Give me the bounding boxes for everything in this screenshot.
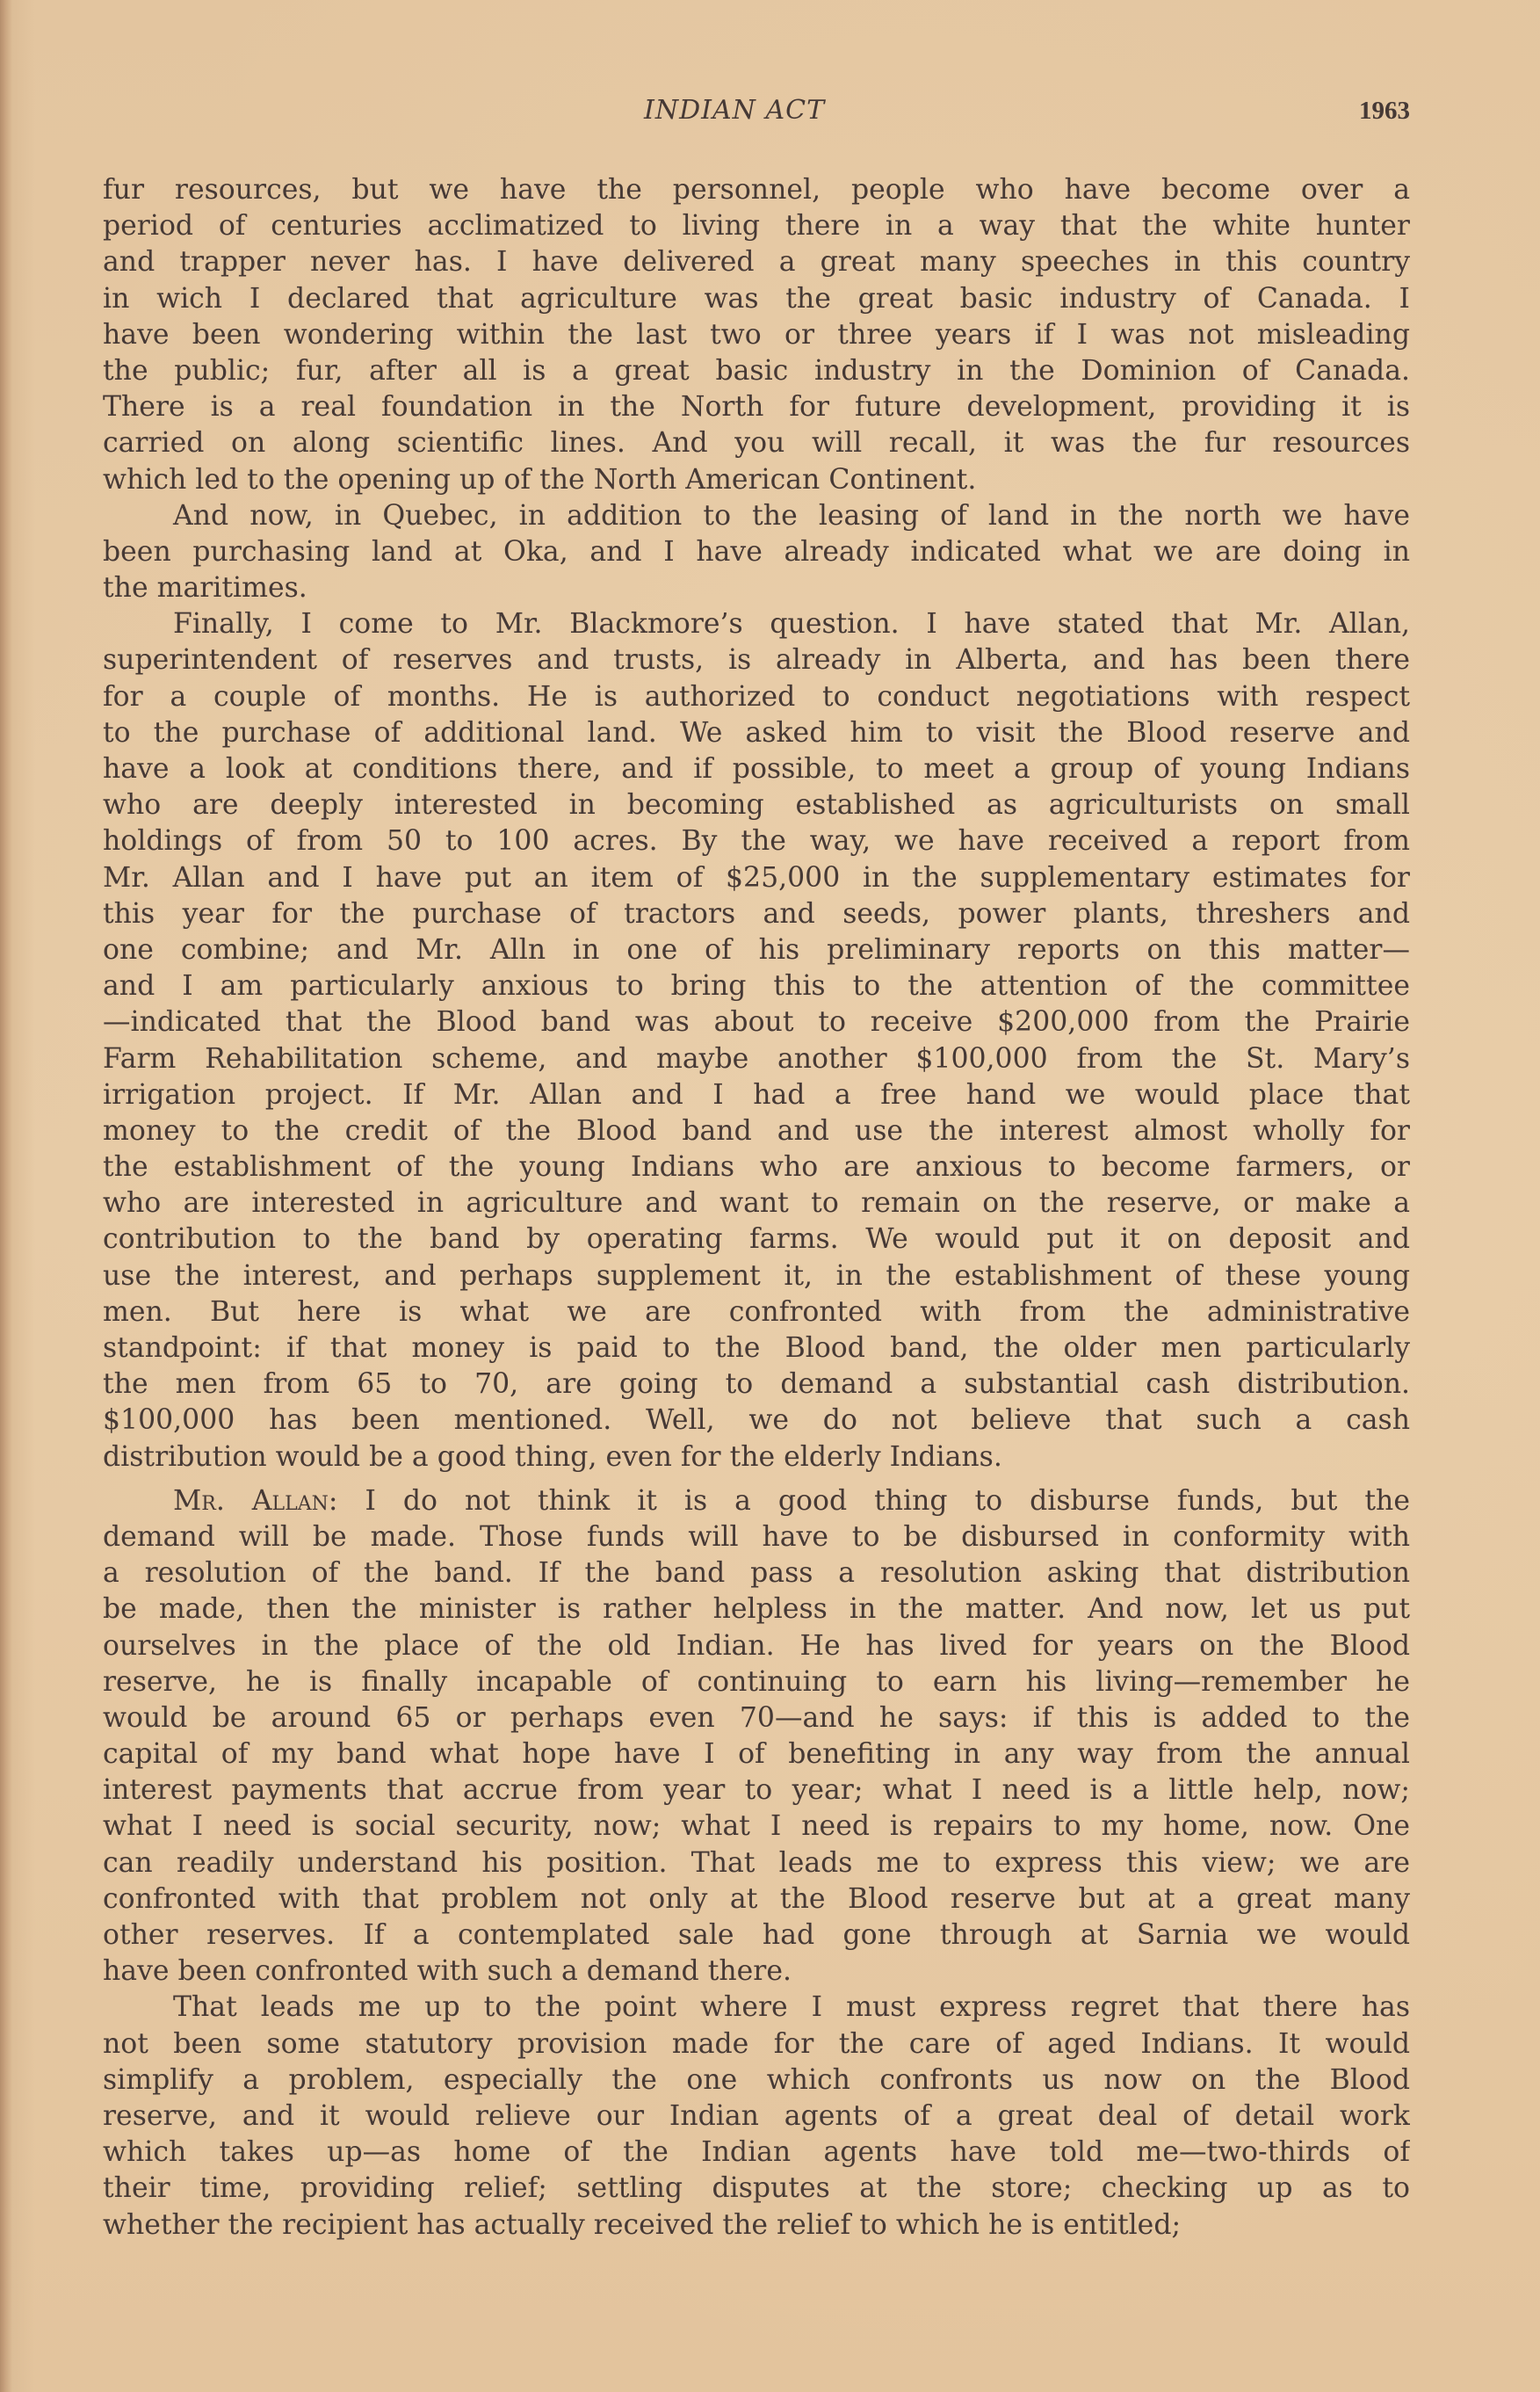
text-line: Farm Rehabilitation scheme, and maybe an…: [103, 1041, 1410, 1077]
text-line: and I am particularly anxious to bring t…: [103, 968, 1410, 1004]
text-line: in wich I declared that agriculture was …: [103, 281, 1410, 317]
line-text: Mr. Allan and I have put an item of $25,…: [103, 862, 1410, 894]
text-line: the men from 65 to 70, are going to dema…: [103, 1366, 1410, 1403]
paragraph: Finally, I come to Mr. Blackmore’s quest…: [103, 606, 1410, 1475]
text-line: the maritimes.: [103, 570, 1410, 606]
text-line: would be around 65 or perhaps even 70—an…: [103, 1700, 1410, 1736]
text-line: —indicated that the Blood band was about…: [103, 1004, 1410, 1040]
line-text: which led to the opening up of the North…: [103, 464, 976, 496]
line-text: a resolution of the band. If the band pa…: [103, 1557, 1410, 1589]
line-text: and trapper never has. I have delivered …: [103, 246, 1410, 278]
line-text: standpoint: if that money is paid to the…: [103, 1332, 1410, 1364]
line-text: not been some statutory provision made f…: [103, 2028, 1410, 2060]
line-text: been purchasing land at Oka, and I have …: [103, 536, 1410, 568]
text-line: distribution would be a good thing, even…: [103, 1439, 1410, 1475]
line-text: have been wondering within the last two …: [103, 319, 1410, 351]
text-line: and trapper never has. I have delivered …: [103, 244, 1410, 280]
text-line: holdings of from 50 to 100 acres. By the…: [103, 823, 1410, 859]
text-line: There is a real foundation in the North …: [103, 389, 1410, 425]
line-text: be made, then the minister is rather hel…: [103, 1593, 1410, 1625]
text-line: have been confronted with such a demand …: [103, 1953, 1410, 1990]
paragraph: fur resources, but we have the personnel…: [103, 172, 1410, 498]
text-line: can readily understand his position. Tha…: [103, 1845, 1410, 1881]
text-line: use the interest, and perhaps supplement…: [103, 1258, 1410, 1294]
line-text: can readily understand his position. Tha…: [103, 1847, 1410, 1879]
text-line: irrigation project. If Mr. Allan and I h…: [103, 1077, 1410, 1113]
line-text: fur resources, but we have the personnel…: [103, 174, 1410, 206]
text-line: for a couple of months. He is authorized…: [103, 679, 1410, 715]
text-line: the public; fur, after all is a great ba…: [103, 353, 1410, 389]
line-text: what I need is social security, now; wha…: [103, 1810, 1410, 1842]
text-line: contribution to the band by operating fa…: [103, 1221, 1410, 1258]
text-line: $100,000 has been mentioned. Well, we do…: [103, 1403, 1410, 1439]
line-text: And now, in Quebec, in addition to the l…: [173, 500, 1410, 532]
line-text: the men from 65 to 70, are going to dema…: [103, 1368, 1410, 1400]
line-text: I do not think it is a good thing to dis…: [338, 1485, 1410, 1517]
text-line: which led to the opening up of the North…: [103, 462, 1410, 498]
line-text: other reserves. If a contemplated sale h…: [103, 1919, 1410, 1951]
line-text: simplify a problem, especially the one w…: [103, 2064, 1410, 2096]
line-text: confronted with that problem not only at…: [103, 1883, 1410, 1915]
line-text: irrigation project. If Mr. Allan and I h…: [103, 1079, 1410, 1111]
text-line: And now, in Quebec, in addition to the l…: [103, 498, 1410, 534]
paragraph: That leads me up to the point where I mu…: [103, 1990, 1410, 2243]
line-text: Finally, I come to Mr. Blackmore’s quest…: [173, 608, 1410, 640]
line-text: demand will be made. Those funds will ha…: [103, 1521, 1410, 1553]
text-line: confronted with that problem not only at…: [103, 1881, 1410, 1917]
line-text: for a couple of months. He is authorized…: [103, 681, 1410, 713]
line-text: distribution would be a good thing, even…: [103, 1441, 1002, 1473]
line-text: money to the credit of the Blood band an…: [103, 1115, 1410, 1147]
line-text: carried on along scientific lines. And y…: [103, 427, 1410, 459]
text-line: reserve, and it would relieve our Indian…: [103, 2098, 1410, 2135]
line-text: $100,000 has been mentioned. Well, we do…: [103, 1404, 1410, 1436]
text-line: their time, providing relief; settling d…: [103, 2171, 1410, 2207]
paragraph: And now, in Quebec, in addition to the l…: [103, 498, 1410, 607]
line-text: have been confronted with such a demand …: [103, 1955, 792, 1987]
text-line: demand will be made. Those funds will ha…: [103, 1519, 1410, 1555]
text-line: standpoint: if that money is paid to the…: [103, 1330, 1410, 1366]
text-line: been purchasing land at Oka, and I have …: [103, 534, 1410, 570]
line-text: men. But here is what we are confronted …: [103, 1296, 1410, 1328]
line-text: to the purchase of additional land. We a…: [103, 717, 1410, 749]
speaker-name: Mr. Allan:: [173, 1485, 338, 1517]
text-line: Mr. Allan: I do not think it is a good t…: [103, 1483, 1410, 1519]
line-text: contribution to the band by operating fa…: [103, 1223, 1410, 1255]
text-line: which takes up—as home of the Indian age…: [103, 2135, 1410, 2171]
text-line: simplify a problem, especially the one w…: [103, 2062, 1410, 2098]
text-line: reserve, he is finally incapable of cont…: [103, 1664, 1410, 1700]
line-text: who are deeply interested in becoming es…: [103, 789, 1410, 821]
text-line: Mr. Allan and I have put an item of $25,…: [103, 860, 1410, 896]
line-text: the maritimes.: [103, 572, 307, 604]
line-text: reserve, he is finally incapable of cont…: [103, 1666, 1410, 1698]
running-title: INDIAN ACT: [644, 91, 825, 130]
body-text: fur resources, but we have the personnel…: [103, 172, 1410, 2243]
line-text: the public; fur, after all is a great ba…: [103, 355, 1410, 387]
text-line: superintendent of reserves and trusts, i…: [103, 642, 1410, 678]
line-text: their time, providing relief; settling d…: [103, 2172, 1410, 2204]
line-text: period of centuries acclimatized to livi…: [103, 210, 1410, 242]
page-header: INDIAN ACT 1963: [103, 91, 1410, 130]
text-line: a resolution of the band. If the band pa…: [103, 1555, 1410, 1591]
text-line: men. But here is what we are confronted …: [103, 1294, 1410, 1330]
line-text: use the interest, and perhaps supplement…: [103, 1260, 1410, 1292]
line-text: in wich I declared that agriculture was …: [103, 283, 1410, 315]
line-text: Farm Rehabilitation scheme, and maybe an…: [103, 1043, 1410, 1075]
text-line: whether the recipient has actually recei…: [103, 2207, 1410, 2243]
text-line: money to the credit of the Blood band an…: [103, 1113, 1410, 1149]
text-line: fur resources, but we have the personnel…: [103, 172, 1410, 208]
text-line: the establishment of the young Indians w…: [103, 1149, 1410, 1185]
line-text: the establishment of the young Indians w…: [103, 1151, 1410, 1183]
page-number: 1963: [1359, 91, 1410, 130]
line-text: reserve, and it would relieve our Indian…: [103, 2100, 1410, 2132]
line-text: have a look at conditions there, and if …: [103, 753, 1410, 785]
text-line: carried on along scientific lines. And y…: [103, 425, 1410, 461]
line-text: ourselves in the place of the old Indian…: [103, 1630, 1410, 1662]
text-line: period of centuries acclimatized to livi…: [103, 208, 1410, 244]
text-line: capital of my band what hope have I of b…: [103, 1736, 1410, 1772]
line-text: whether the recipient has actually recei…: [103, 2209, 1181, 2241]
text-line: this year for the purchase of tractors a…: [103, 896, 1410, 932]
text-line: ourselves in the place of the old Indian…: [103, 1628, 1410, 1664]
text-line: Finally, I come to Mr. Blackmore’s quest…: [103, 606, 1410, 642]
text-line: That leads me up to the point where I mu…: [103, 1990, 1410, 2026]
paragraph: Mr. Allan: I do not think it is a good t…: [103, 1483, 1410, 1990]
line-text: and I am particularly anxious to bring t…: [103, 970, 1410, 1002]
line-text: interest payments that accrue from year …: [103, 1774, 1410, 1806]
text-line: not been some statutory provision made f…: [103, 2026, 1410, 2062]
line-text: one combine; and Mr. Alln in one of his …: [103, 934, 1410, 966]
text-line: one combine; and Mr. Alln in one of his …: [103, 932, 1410, 968]
text-line: other reserves. If a contemplated sale h…: [103, 1917, 1410, 1953]
text-line: have a look at conditions there, and if …: [103, 751, 1410, 787]
text-line: have been wondering within the last two …: [103, 317, 1410, 353]
line-text: holdings of from 50 to 100 acres. By the…: [103, 825, 1410, 857]
line-text: capital of my band what hope have I of b…: [103, 1738, 1410, 1770]
line-text: superintendent of reserves and trusts, i…: [103, 644, 1410, 676]
line-text: this year for the purchase of tractors a…: [103, 898, 1410, 930]
text-line: be made, then the minister is rather hel…: [103, 1591, 1410, 1627]
text-line: who are interested in agriculture and wa…: [103, 1185, 1410, 1221]
line-text: who are interested in agriculture and wa…: [103, 1187, 1410, 1219]
text-line: interest payments that accrue from year …: [103, 1772, 1410, 1808]
text-line: who are deeply interested in becoming es…: [103, 787, 1410, 823]
line-text: would be around 65 or perhaps even 70—an…: [103, 1702, 1410, 1734]
text-line: to the purchase of additional land. We a…: [103, 715, 1410, 751]
line-text: which takes up—as home of the Indian age…: [103, 2136, 1410, 2168]
text-line: what I need is social security, now; wha…: [103, 1808, 1410, 1845]
line-text: —indicated that the Blood band was about…: [103, 1006, 1410, 1038]
line-text: That leads me up to the point where I mu…: [173, 1991, 1410, 2023]
line-text: There is a real foundation in the North …: [103, 391, 1410, 423]
